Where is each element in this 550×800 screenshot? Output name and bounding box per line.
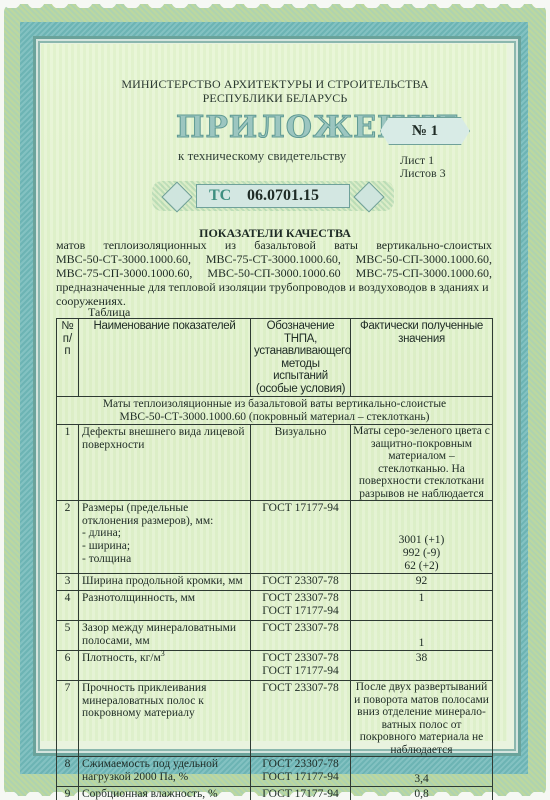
header-num: № п/п bbox=[57, 319, 79, 397]
row-number: 7 bbox=[57, 681, 79, 757]
row-method: ГОСТ 23307-78 bbox=[251, 681, 351, 757]
table-row: 8Сжимаемость под удельной нагрузкой 2000… bbox=[57, 757, 493, 787]
intro-word: предназначенные для тепловой изоляции тр… bbox=[56, 280, 489, 294]
group-title-line-1: Маты теплоизоляционные из базальтовой ва… bbox=[60, 398, 489, 411]
table-header-row: № п/п Наименование показателей Обозначен… bbox=[57, 319, 493, 397]
intro-word: МВС-50-СТ-3000.1000.60, bbox=[56, 252, 191, 266]
diamond-ornament-icon bbox=[161, 181, 192, 212]
row-method: ГОСТ 23307-78 bbox=[251, 621, 351, 651]
row-name: Размеры (предельные отклонения размеров)… bbox=[79, 501, 251, 574]
ministry-line-2: РЕСПУБЛИКИ БЕЛАРУСЬ bbox=[0, 91, 550, 105]
intro-word: МВС-50-СП-3000.1000.60 bbox=[207, 266, 340, 280]
table-row: 5Зазор между минераловатными полосами, м… bbox=[57, 621, 493, 651]
intro-word: ваты bbox=[334, 238, 358, 252]
row-name: Сорбционная влажность, % bbox=[79, 787, 251, 800]
ministry-header: МИНИСТЕРСТВО АРХИТЕКТУРЫ И СТРОИТЕЛЬСТВА… bbox=[0, 77, 550, 105]
table-row: 2Размеры (предельные отклонения размеров… bbox=[57, 501, 493, 574]
intro-paragraph: матовтеплоизоляционныхизбазальтовойватыв… bbox=[56, 238, 492, 308]
row-value: 92 bbox=[351, 574, 493, 591]
intro-word: базальтовой bbox=[254, 238, 316, 252]
row-value: 3001 (+1)992 (-9)62 (+2) bbox=[351, 501, 493, 574]
appendix-number: № 1 bbox=[380, 117, 470, 145]
tc-plate: ТС 06.0701.15 bbox=[152, 181, 394, 211]
table-row: 6Плотность, кг/м3ГОСТ 23307-78ГОСТ 17177… bbox=[57, 651, 493, 681]
intro-line: МВС-75-СП-3000.1000.60,МВС-50-СП-3000.10… bbox=[56, 266, 492, 280]
table-row: 3Ширина продольной кромки, ммГОСТ 23307-… bbox=[57, 574, 493, 591]
row-number: 8 bbox=[57, 757, 79, 787]
header-method: Обозначение ТНПА, устанавливающего метод… bbox=[251, 319, 351, 397]
intro-word: МВС-75-СТ-3000.1000.60, bbox=[206, 252, 341, 266]
quality-table: № п/п Наименование показателей Обозначен… bbox=[56, 318, 493, 800]
intro-word: матов bbox=[56, 238, 85, 252]
row-number: 9 bbox=[57, 787, 79, 800]
row-number: 5 bbox=[57, 621, 79, 651]
row-name: Плотность, кг/м3 bbox=[79, 651, 251, 681]
intro-word: из bbox=[225, 238, 236, 252]
tc-box: ТС 06.0701.15 bbox=[196, 184, 350, 208]
tc-label: ТС bbox=[209, 187, 247, 205]
intro-line: матовтеплоизоляционныхизбазальтовойватыв… bbox=[56, 238, 492, 252]
row-value: 1 bbox=[351, 591, 493, 621]
row-method: ГОСТ 23307-78ГОСТ 17177-94 bbox=[251, 651, 351, 681]
row-method: ГОСТ 17177-94 bbox=[251, 501, 351, 574]
group-title: Маты теплоизоляционные из базальтовой ва… bbox=[57, 397, 493, 425]
row-value: 3,4 bbox=[351, 757, 493, 787]
row-value: 38 bbox=[351, 651, 493, 681]
intro-word: теплоизоляционных bbox=[103, 238, 206, 252]
sheet-info: Лист 1 Листов 3 bbox=[400, 154, 446, 180]
tc-number: 06.0701.15 bbox=[247, 187, 319, 205]
sheets-total: Листов 3 bbox=[400, 167, 446, 180]
row-method: ГОСТ 17177-94 bbox=[251, 787, 351, 800]
header-value: Фактически полученные значения bbox=[351, 319, 493, 397]
row-method: Визуально bbox=[251, 425, 351, 501]
table-body: 1Дефекты внешнего вида лицевой поверхнос… bbox=[57, 425, 493, 800]
intro-line: предназначенные для тепловой изоляции тр… bbox=[56, 280, 492, 294]
row-number: 1 bbox=[57, 425, 79, 501]
row-number: 3 bbox=[57, 574, 79, 591]
document-subtitle: к техническому свидетельству bbox=[178, 148, 346, 164]
intro-word: МВС-75-СП-3000.1000.60, bbox=[356, 266, 492, 280]
intro-word: вертикально-слоистых bbox=[376, 238, 492, 252]
row-number: 4 bbox=[57, 591, 79, 621]
row-name: Разнотолщинность, мм bbox=[79, 591, 251, 621]
row-method: ГОСТ 23307-78 bbox=[251, 574, 351, 591]
group-row: Маты теплоизоляционные из базальтовой ва… bbox=[57, 397, 493, 425]
ministry-line-1: МИНИСТЕРСТВО АРХИТЕКТУРЫ И СТРОИТЕЛЬСТВА bbox=[0, 77, 550, 91]
intro-word: МВС-50-СП-3000.1000.60, bbox=[356, 252, 492, 266]
row-name: Сжимаемость под удельной нагрузкой 2000 … bbox=[79, 757, 251, 787]
row-number: 2 bbox=[57, 501, 79, 574]
row-value: 1 bbox=[351, 621, 493, 651]
row-name: Дефекты внешнего вида лицевой поверхност… bbox=[79, 425, 251, 501]
header-name: Наименование показателей bbox=[79, 319, 251, 397]
row-name: Ширина продольной кромки, мм bbox=[79, 574, 251, 591]
intro-line: МВС-50-СТ-3000.1000.60,МВС-75-СТ-3000.10… bbox=[56, 252, 492, 266]
row-name: Зазор между минераловатными полосами, мм bbox=[79, 621, 251, 651]
row-number: 6 bbox=[57, 651, 79, 681]
group-title-line-2: МВС-50-СТ-3000.1000.60 (покровный матери… bbox=[60, 411, 489, 424]
row-value: После двух развертываний и поворота мато… bbox=[351, 681, 493, 757]
table-row: 7Прочность приклеивания минераловатных п… bbox=[57, 681, 493, 757]
table-row: 1Дефекты внешнего вида лицевой поверхнос… bbox=[57, 425, 493, 501]
row-name: Прочность приклеивания минераловатных по… bbox=[79, 681, 251, 757]
intro-word: МВС-75-СП-3000.1000.60, bbox=[56, 266, 192, 280]
row-method: ГОСТ 23307-78ГОСТ 17177-94 bbox=[251, 757, 351, 787]
row-value: Маты серо-зеленого цвета с защитно-покро… bbox=[351, 425, 493, 501]
table-row: 4Разнотолщинность, ммГОСТ 23307-78ГОСТ 1… bbox=[57, 591, 493, 621]
row-method: ГОСТ 23307-78ГОСТ 17177-94 bbox=[251, 591, 351, 621]
row-value: 0,8 bbox=[351, 787, 493, 800]
table-row: 9Сорбционная влажность, %ГОСТ 17177-940,… bbox=[57, 787, 493, 800]
diamond-ornament-icon bbox=[353, 181, 384, 212]
